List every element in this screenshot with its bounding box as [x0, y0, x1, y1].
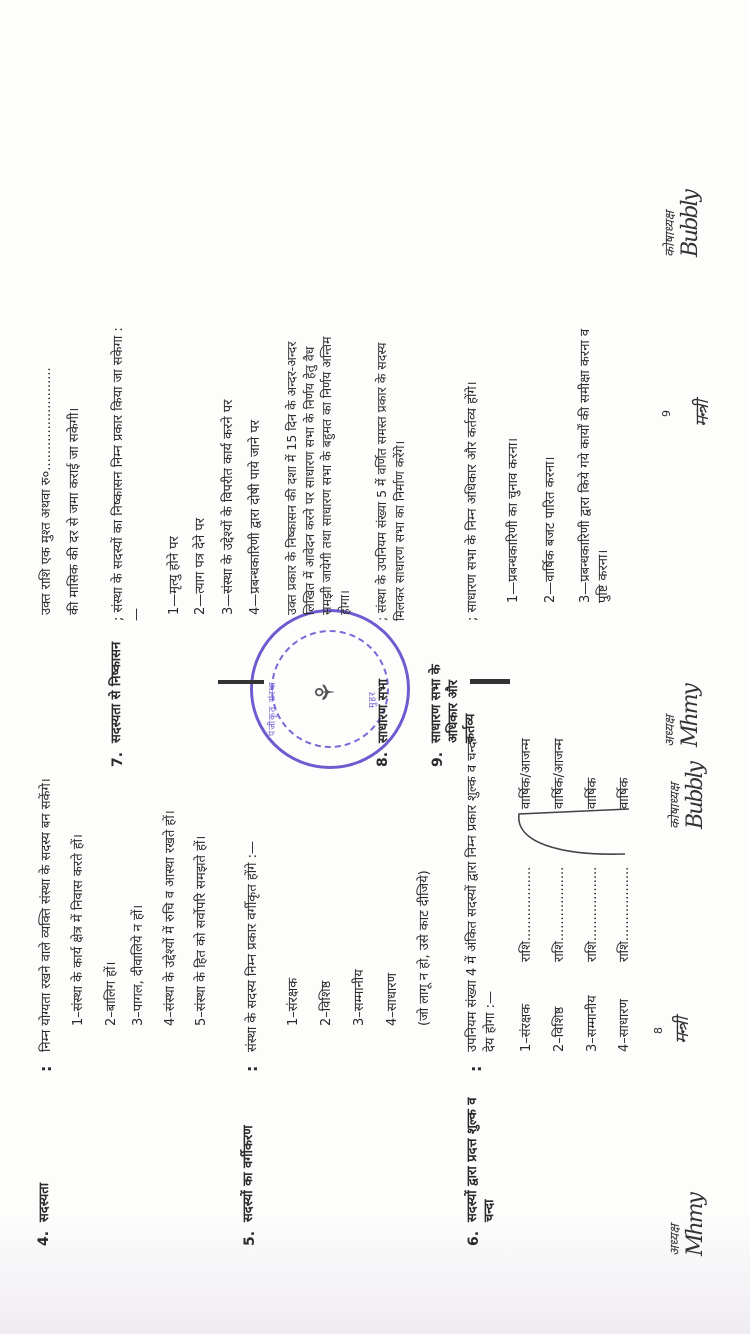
section-number: 7. — [110, 752, 126, 767]
signature-secretary: मन्त्री — [670, 1019, 694, 1044]
section-number: 9. — [430, 752, 446, 767]
signature-president: अध्यक्ष Mhmy — [665, 1194, 708, 1256]
section-number: 5. — [242, 1231, 258, 1246]
signature-scrawl: Mhmy — [678, 685, 703, 747]
left-page: 4. सदस्यता : निम्न योग्यता रखने वाले व्य… — [0, 667, 750, 1334]
signature-treasurer: कोषाध्यक्ष Bubbly — [665, 763, 708, 829]
fee-amount: राशि.................. — [516, 867, 534, 962]
page-number: 9 — [660, 410, 673, 417]
section-intro: संस्था के सदस्य निम्न प्रकार वर्गीकृत हो… — [242, 841, 260, 1052]
list-item: 3—संस्था के उद्देश्यों के विपरीत कार्य क… — [218, 400, 236, 615]
section-intro: निम्न योग्यता रखने वाले व्यक्ति संस्था क… — [36, 778, 54, 1052]
list-item: 3—प्रबन्धकारिणी द्वारा किये गये कार्यों … — [577, 323, 612, 603]
list-item: 2–विशिष्ठ — [316, 981, 334, 1026]
section-intro-text: संस्था के उपनियम संख्या 5 में वर्णित समस… — [374, 343, 407, 621]
section-heading: सदस्यता — [36, 1183, 53, 1222]
fee-type: 1–संरक्षक — [516, 1004, 534, 1052]
list-item: 4–संस्था के उद्देश्यों में रुचि व आस्था … — [160, 810, 178, 1026]
stamp-ring-text: पंजीकृत संस्था — [265, 681, 278, 736]
section-heading: सदस्यता से निष्कासन — [108, 633, 125, 743]
fee-type: 2–विशिष्ठ — [549, 1007, 567, 1052]
section-number: 8. — [375, 752, 391, 767]
list-item: 2–बालिग हों। — [101, 962, 119, 1026]
section-intro: उपनियम संख्या 4 में अंकित सदस्यों द्वारा… — [464, 722, 499, 1052]
colon: : — [242, 1066, 261, 1072]
colon: : — [36, 1066, 55, 1072]
signature-label: अध्यक्ष — [665, 1194, 683, 1256]
section-intro: ; संस्था के सदस्यों का निष्कासन निम्न प्… — [110, 321, 145, 621]
list-item: 2—त्याग पत्र देने पर — [190, 518, 208, 615]
section-heading: साधारण सभा के अधिकार और कर्तव्य — [428, 653, 479, 743]
section-paragraph: उक्त प्रकार के निष्कासन की दशा में 15 दि… — [283, 315, 353, 615]
signature-scrawl: मन्त्री — [670, 1019, 694, 1044]
signature-scrawl: Bubbly — [678, 191, 703, 257]
handwritten-bracket-mark — [505, 794, 635, 864]
colon: : — [466, 1066, 485, 1072]
list-item: 5–संस्था के हित को सर्वोपरि समझते हों। — [191, 836, 209, 1026]
section-heading: सदस्यों द्वारा प्रदत्त शुल्क व चन्दा — [464, 1082, 498, 1222]
fee-amount: राशि.................. — [582, 867, 600, 962]
list-item: 3–सम्मानीय — [349, 969, 367, 1026]
list-item: 2—वार्षिक बजट पारित करना। — [540, 457, 558, 603]
right-page: उक्त राशि एक मुश्त अथवा रु०.............… — [0, 0, 750, 667]
pen-mark — [218, 680, 264, 684]
signature-scrawl: Bubbly — [683, 763, 708, 829]
list-item: 1–संरक्षक — [283, 978, 301, 1026]
fee-amount: राशि.................. — [614, 867, 632, 962]
list-item: 1—प्रबन्धकारिणी का चुनाव करना। — [503, 438, 521, 603]
emblem-icon: ⚘ — [311, 681, 341, 704]
section-number: 6. — [466, 1231, 482, 1246]
fee-type: 4–साधारण — [614, 999, 632, 1052]
list-item: 4–साधारण — [382, 973, 400, 1026]
section-intro: ; साधारण सभा के निम्न अधिकार और कर्तव्य … — [462, 381, 480, 621]
signature-secretary: मन्त्री — [690, 402, 714, 427]
section-note: (जो लागू न हो, उसे काट दीजिये) — [414, 870, 432, 1026]
page-number: 8 — [652, 1027, 665, 1034]
section-number: 4. — [36, 1231, 52, 1246]
signature-president: अध्यक्ष Mhmy — [660, 685, 703, 747]
signature-scrawl: मन्त्री — [690, 402, 714, 427]
continuation-line: उक्त राशि एक मुश्त अथवा रु०.............… — [36, 367, 54, 615]
signature-label: अध्यक्ष — [660, 685, 678, 747]
list-item: 4—प्रबन्धकारिणी द्वारा दोषी पाये जाने पर — [245, 420, 263, 615]
section-heading: सदस्यों का वर्गीकरण — [240, 1092, 257, 1222]
section-intro: ; संस्था के उपनियम संख्या 5 में वर्णित स… — [373, 311, 408, 621]
document-page: 4. सदस्यता : निम्न योग्यता रखने वाले व्य… — [0, 0, 750, 1334]
section-intro-text: संस्था के सदस्यों का निष्कासन निम्न प्रक… — [111, 327, 144, 621]
fee-amount: राशि.................. — [549, 867, 567, 962]
signature-label: कोषाध्यक्ष — [660, 191, 678, 257]
section-heading: साधारण सभा — [375, 633, 392, 743]
section-intro-text: साधारण सभा के निम्न अधिकार और कर्तव्य हो… — [465, 381, 480, 612]
signature-label: कोषाध्यक्ष — [665, 763, 683, 829]
fee-type: 3–सम्मानीय — [582, 995, 600, 1052]
list-item: 3–पागल, दीवालिये न हों। — [128, 905, 146, 1026]
signature-scrawl: Mhmy — [683, 1194, 708, 1256]
continuation-line: की मासिक की दर से जमा कराई जा सकेगी। — [64, 408, 82, 615]
list-item: 1—मृत्यु होने पर — [164, 536, 182, 615]
signature-treasurer: कोषाध्यक्ष Bubbly — [660, 191, 703, 257]
list-item: 1–संस्था के कार्य क्षेत्र में निवास करते… — [68, 834, 86, 1026]
